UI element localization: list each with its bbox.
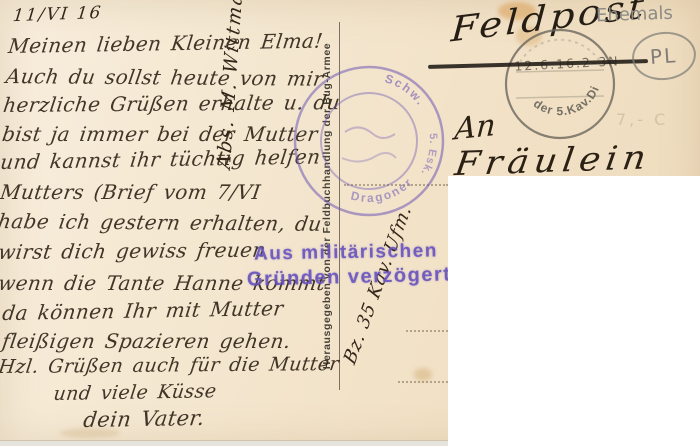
message-line: bist ja immer bei der Mutter <box>1 122 320 146</box>
message-line: fleißigen Spazieren gehen. <box>1 329 293 353</box>
message-line: Auch du sollst heute von mir <box>4 64 325 91</box>
address-dotted-line <box>398 381 448 383</box>
unit-stamp: Schw. Dragoner 5. Esk. <box>290 62 448 220</box>
paper-stain <box>414 368 432 381</box>
postcard-scan: Herausgegeben von der Feldbuchhandlung d… <box>0 0 700 446</box>
unit-stamp-bottom-text: Dragoner <box>349 175 416 206</box>
message-line: dein Vater. <box>82 406 206 432</box>
scan-edge <box>0 440 448 446</box>
message-line: Mutters (Brief vom 7/VI <box>0 180 262 204</box>
message-line: habe ich gestern erhalten, du <box>0 209 324 236</box>
censor-stamp-line1: Aus militärischen <box>254 240 438 265</box>
address-an: An <box>454 108 497 148</box>
pencil-note-pl: PL <box>650 43 679 69</box>
message-line: wirst dich gewiss freuen <box>0 238 267 264</box>
message-line: da können Ihr mit Mutter <box>1 296 285 325</box>
message-line: Hzl. Grüßen auch für die Mutter <box>0 353 341 378</box>
message-line: und viele Küsse <box>52 380 218 405</box>
handwritten-date: 11/VI 16 <box>12 3 103 26</box>
svg-text:Dragoner: Dragoner <box>349 175 416 206</box>
pencil-note-ehemals: Ehemals <box>596 3 673 27</box>
address-dotted-line <box>406 330 448 332</box>
postmark-stamp: der 5.Kav.Div. <box>500 24 620 144</box>
censor-whiteout-box <box>448 176 700 446</box>
pencil-note-price: 7,- C <box>616 110 668 129</box>
